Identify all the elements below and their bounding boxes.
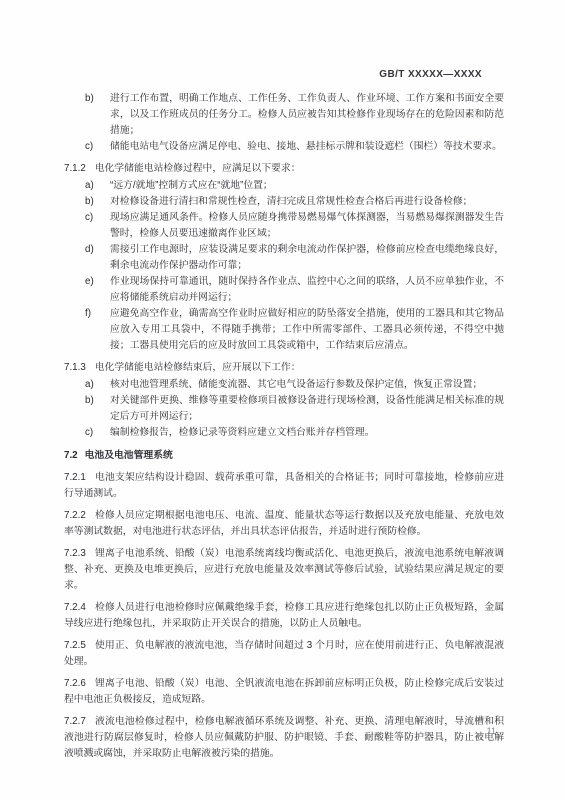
page-number: 11 xyxy=(487,726,496,736)
clause-text: 电化学储能电站检修过程中，应满足以下要求： xyxy=(95,163,301,174)
clause-text: 电池支架应结构设计稳固、载荷承重可靠，具备相关的合格证书；同时可靠接地，检修前应… xyxy=(64,472,504,499)
clause-number: 7.2.4 xyxy=(64,602,86,613)
list-item-text: 对检修设备进行清扫和常规性检查，清扫完成且常规性检查合格后再进行设备检修； xyxy=(110,194,504,210)
list-item-label: b) xyxy=(85,91,110,139)
clause-number: 7.1.2 xyxy=(64,163,86,174)
list-item-label: b) xyxy=(85,194,110,210)
section-heading: 7.2电池及电池管理系统 xyxy=(64,448,504,464)
clause-paragraph: 7.2.1电池支架应结构设计稳固、载荷承重可靠，具备相关的合格证书；同时可靠接地… xyxy=(64,470,504,502)
list-item: e)作业现场保持可靠通讯，随时保持各作业点、监控中心之间的联络，人员不应单独作业… xyxy=(64,274,504,306)
clause-number: 7.2.5 xyxy=(64,640,86,651)
clause-text: 液流电池检修过程中，检修电解液循环系统及调整、补充、更换、清理电解液时，导流槽和… xyxy=(64,716,504,759)
list-item: b)对关键部件更换、维修等重要检修项目被修设备进行现场检测，设备性能满足相关标准… xyxy=(64,393,504,425)
running-header: GB/T XXXXX—XXXX xyxy=(0,69,482,80)
clause-text: 使用正、负电解液的液流电池，当存储时间超过 3 个月时，应在使用前进行正、负电解… xyxy=(64,640,504,667)
list-item-text: 现场应满足通风条件。检修人员应随身携带易燃易爆气体探测器，当易燃易爆探测器发生告… xyxy=(110,210,504,242)
clause-number: 7.2.7 xyxy=(64,716,86,727)
clause-text: 电化学储能电站检修结束后，应开展以下工作： xyxy=(95,362,301,373)
clause-number: 7.2.6 xyxy=(64,678,86,689)
list-item-text: 进行工作布置，明确工作地点、工作任务、工作负责人、作业环境、工作方案和书面安全要… xyxy=(110,91,504,139)
lettered-list: b)进行工作布置，明确工作地点、工作任务、工作负责人、作业环境、工作方案和书面安… xyxy=(64,91,504,155)
clause-number: 7.1.3 xyxy=(64,362,86,373)
list-item-label: a) xyxy=(85,377,110,393)
clause-paragraph: 7.2.2检修人员应定期根据电池电压、电流、温度、能量状态等运行数据以及充放电能… xyxy=(64,508,504,540)
clause-paragraph: 7.2.3锂离子电池系统、铅酸（炭）电池系统离线均衡或活化、电池更换后，液流电池… xyxy=(64,546,504,594)
clause-number: 7.2 xyxy=(64,450,78,461)
list-item: c)储能电站电气设备应满足停电、验电、接地、悬挂标示牌和装设遮栏（围栏）等技术要… xyxy=(64,139,504,155)
list-item-label: c) xyxy=(85,210,110,242)
list-item-text: 作业现场保持可靠通讯，随时保持各作业点、监控中心之间的联络，人员不应单独作业，不… xyxy=(110,274,504,306)
clause-paragraph: 7.2.5使用正、负电解液的液流电池，当存储时间超过 3 个月时，应在使用前进行… xyxy=(64,638,504,670)
list-item-label: c) xyxy=(85,425,110,441)
list-item-text: 对关键部件更换、维修等重要检修项目被修设备进行现场检测，设备性能满足相关标准的规… xyxy=(110,393,504,425)
clause-number: 7.2.3 xyxy=(64,548,86,559)
clause-number: 7.2.1 xyxy=(64,472,86,483)
list-item-text: 核对电池管理系统、储能变流器、其它电气设备运行参数及保护定值，恢复正常设置； xyxy=(110,377,504,393)
list-item-text: 应避免高空作业，确需高空作业时应做好相应的防坠落安全措施，使用的工器具和其它物品… xyxy=(110,306,504,354)
list-item: b)进行工作布置，明确工作地点、工作任务、工作负责人、作业环境、工作方案和书面安… xyxy=(64,91,504,139)
list-item: a)核对电池管理系统、储能变流器、其它电气设备运行参数及保护定值，恢复正常设置； xyxy=(64,377,504,393)
list-item-text: 编制检修报告，检修记录等资料应建立文档台账并存档管理。 xyxy=(110,425,504,441)
list-item: f)应避免高空作业，确需高空作业时应做好相应的防坠落安全措施，使用的工器具和其它… xyxy=(64,306,504,354)
clause-text: 锂离子电池、铅酸（炭）电池、全钒液流电池在拆卸前应标明正负极，防止检修完成后安装… xyxy=(64,678,504,705)
section-heading-text: 电池及电池管理系统 xyxy=(85,450,173,461)
clause-paragraph: 7.2.4检修人员进行电池检修时应佩戴绝缘手套，检修工具应进行绝缘包扎以防止正负… xyxy=(64,600,504,632)
list-item-label: e) xyxy=(85,274,110,306)
clause-paragraph: 7.2.7液流电池检修过程中，检修电解液循环系统及调整、补充、更换、清理电解液时… xyxy=(64,714,504,762)
list-item: a)“远方/就地”控制方式应在“就地”位置； xyxy=(64,178,504,194)
lettered-list: a)“远方/就地”控制方式应在“就地”位置；b)对检修设备进行清扫和常规性检查，… xyxy=(64,178,504,354)
clause-text: 锂离子电池系统、铅酸（炭）电池系统离线均衡或活化、电池更换后，液流电池系统电解液… xyxy=(64,548,504,591)
clause-paragraph: 7.1.3电化学储能电站检修结束后，应开展以下工作： xyxy=(64,360,504,376)
clause-paragraph: 7.2.6锂离子电池、铅酸（炭）电池、全钒液流电池在拆卸前应标明正负极，防止检修… xyxy=(64,676,504,708)
list-item-label: d) xyxy=(85,242,110,274)
lettered-list: a)核对电池管理系统、储能变流器、其它电气设备运行参数及保护定值，恢复正常设置；… xyxy=(64,377,504,441)
clause-number: 7.2.2 xyxy=(64,510,86,521)
document-page: GB/T XXXXX—XXXX b)进行工作布置，明确工作地点、工作任务、工作负… xyxy=(0,0,565,800)
clause-paragraph: 7.1.2电化学储能电站检修过程中，应满足以下要求： xyxy=(64,161,504,177)
list-item-text: 需接引工作电源时，应装设满足要求的剩余电流动作保护器，检修前应检查电缆绝缘良好，… xyxy=(110,242,504,274)
list-item-text: “远方/就地”控制方式应在“就地”位置； xyxy=(110,178,504,194)
list-item-label: f) xyxy=(85,306,110,354)
list-item: d)需接引工作电源时，应装设满足要求的剩余电流动作保护器，检修前应检查电缆绝缘良… xyxy=(64,242,504,274)
list-item-text: 储能电站电气设备应满足停电、验电、接地、悬挂标示牌和装设遮栏（围栏）等技术要求。 xyxy=(110,139,504,155)
list-item: b)对检修设备进行清扫和常规性检查，清扫完成且常规性检查合格后再进行设备检修； xyxy=(64,194,504,210)
clause-text: 检修人员应定期根据电池电压、电流、温度、能量状态等运行数据以及充放电能量、充放电… xyxy=(64,510,504,537)
document-body: b)进行工作布置，明确工作地点、工作任务、工作负责人、作业环境、工作方案和书面安… xyxy=(64,90,504,762)
list-item-label: b) xyxy=(85,393,110,425)
list-item: c)现场应满足通风条件。检修人员应随身携带易燃易爆气体探测器，当易燃易爆探测器发… xyxy=(64,210,504,242)
clause-text: 检修人员进行电池检修时应佩戴绝缘手套，检修工具应进行绝缘包扎以防止正负极短路，金… xyxy=(64,602,504,629)
list-item-label: c) xyxy=(85,139,110,155)
list-item: c)编制检修报告，检修记录等资料应建立文档台账并存档管理。 xyxy=(64,425,504,441)
list-item-label: a) xyxy=(85,178,110,194)
